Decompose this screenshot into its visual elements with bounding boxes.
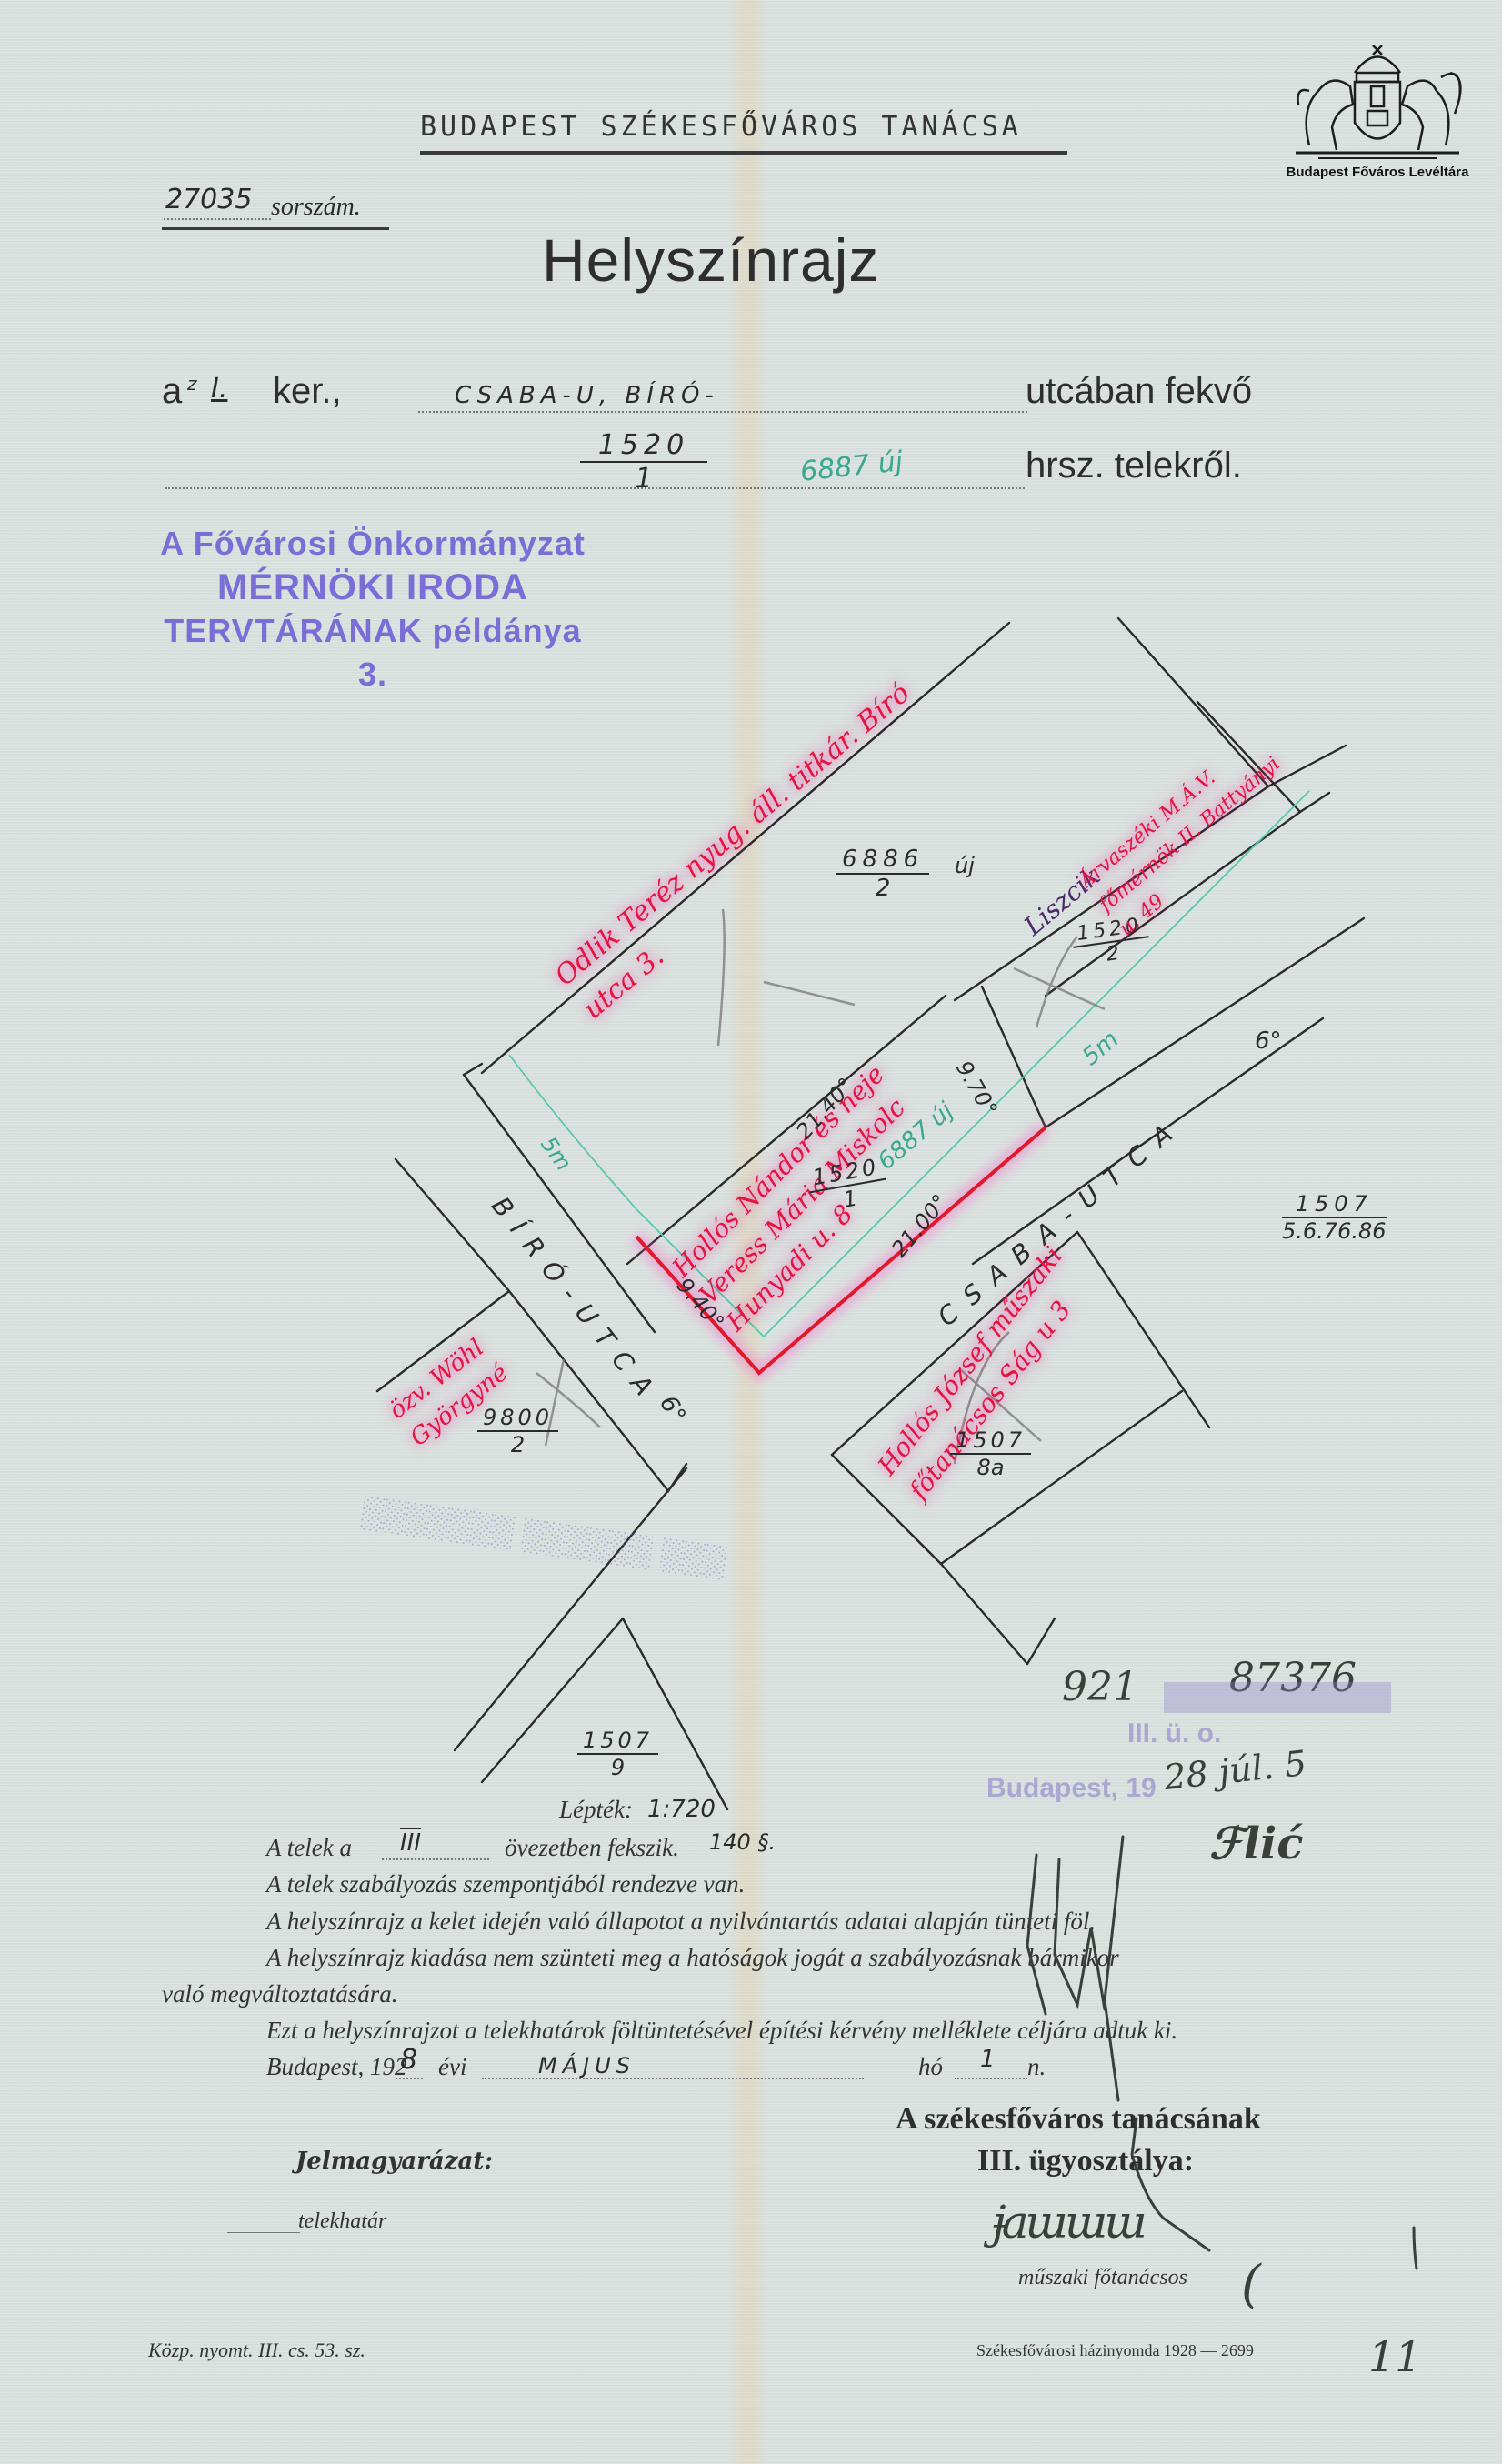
signature-bracket-mark: ( [1241,2255,1261,2314]
signature-block-line-1: A székesfőváros tanácsának [896,2102,1261,2137]
legend-line-sample [227,2232,300,2233]
signature-block-line-2: III. ügyosztálya: [977,2144,1194,2179]
signature-official: ɉaɯɯɯ [991,2196,1144,2249]
footer-print-code: Közp. nyomt. III. cs. 53. sz. [148,2339,365,2362]
signature-block-title: műszaki főtanácsos [1018,2266,1187,2290]
signature-strokes [0,0,1502,2464]
page-number: 11 [1368,2332,1422,2381]
footer-printer: Székesfővárosi házinyomda 1928 — 2699 [976,2341,1254,2360]
legend-title: Jelmagyarázat: [295,2148,493,2175]
legend-item-telekhatar: telekhatár [298,2209,386,2234]
